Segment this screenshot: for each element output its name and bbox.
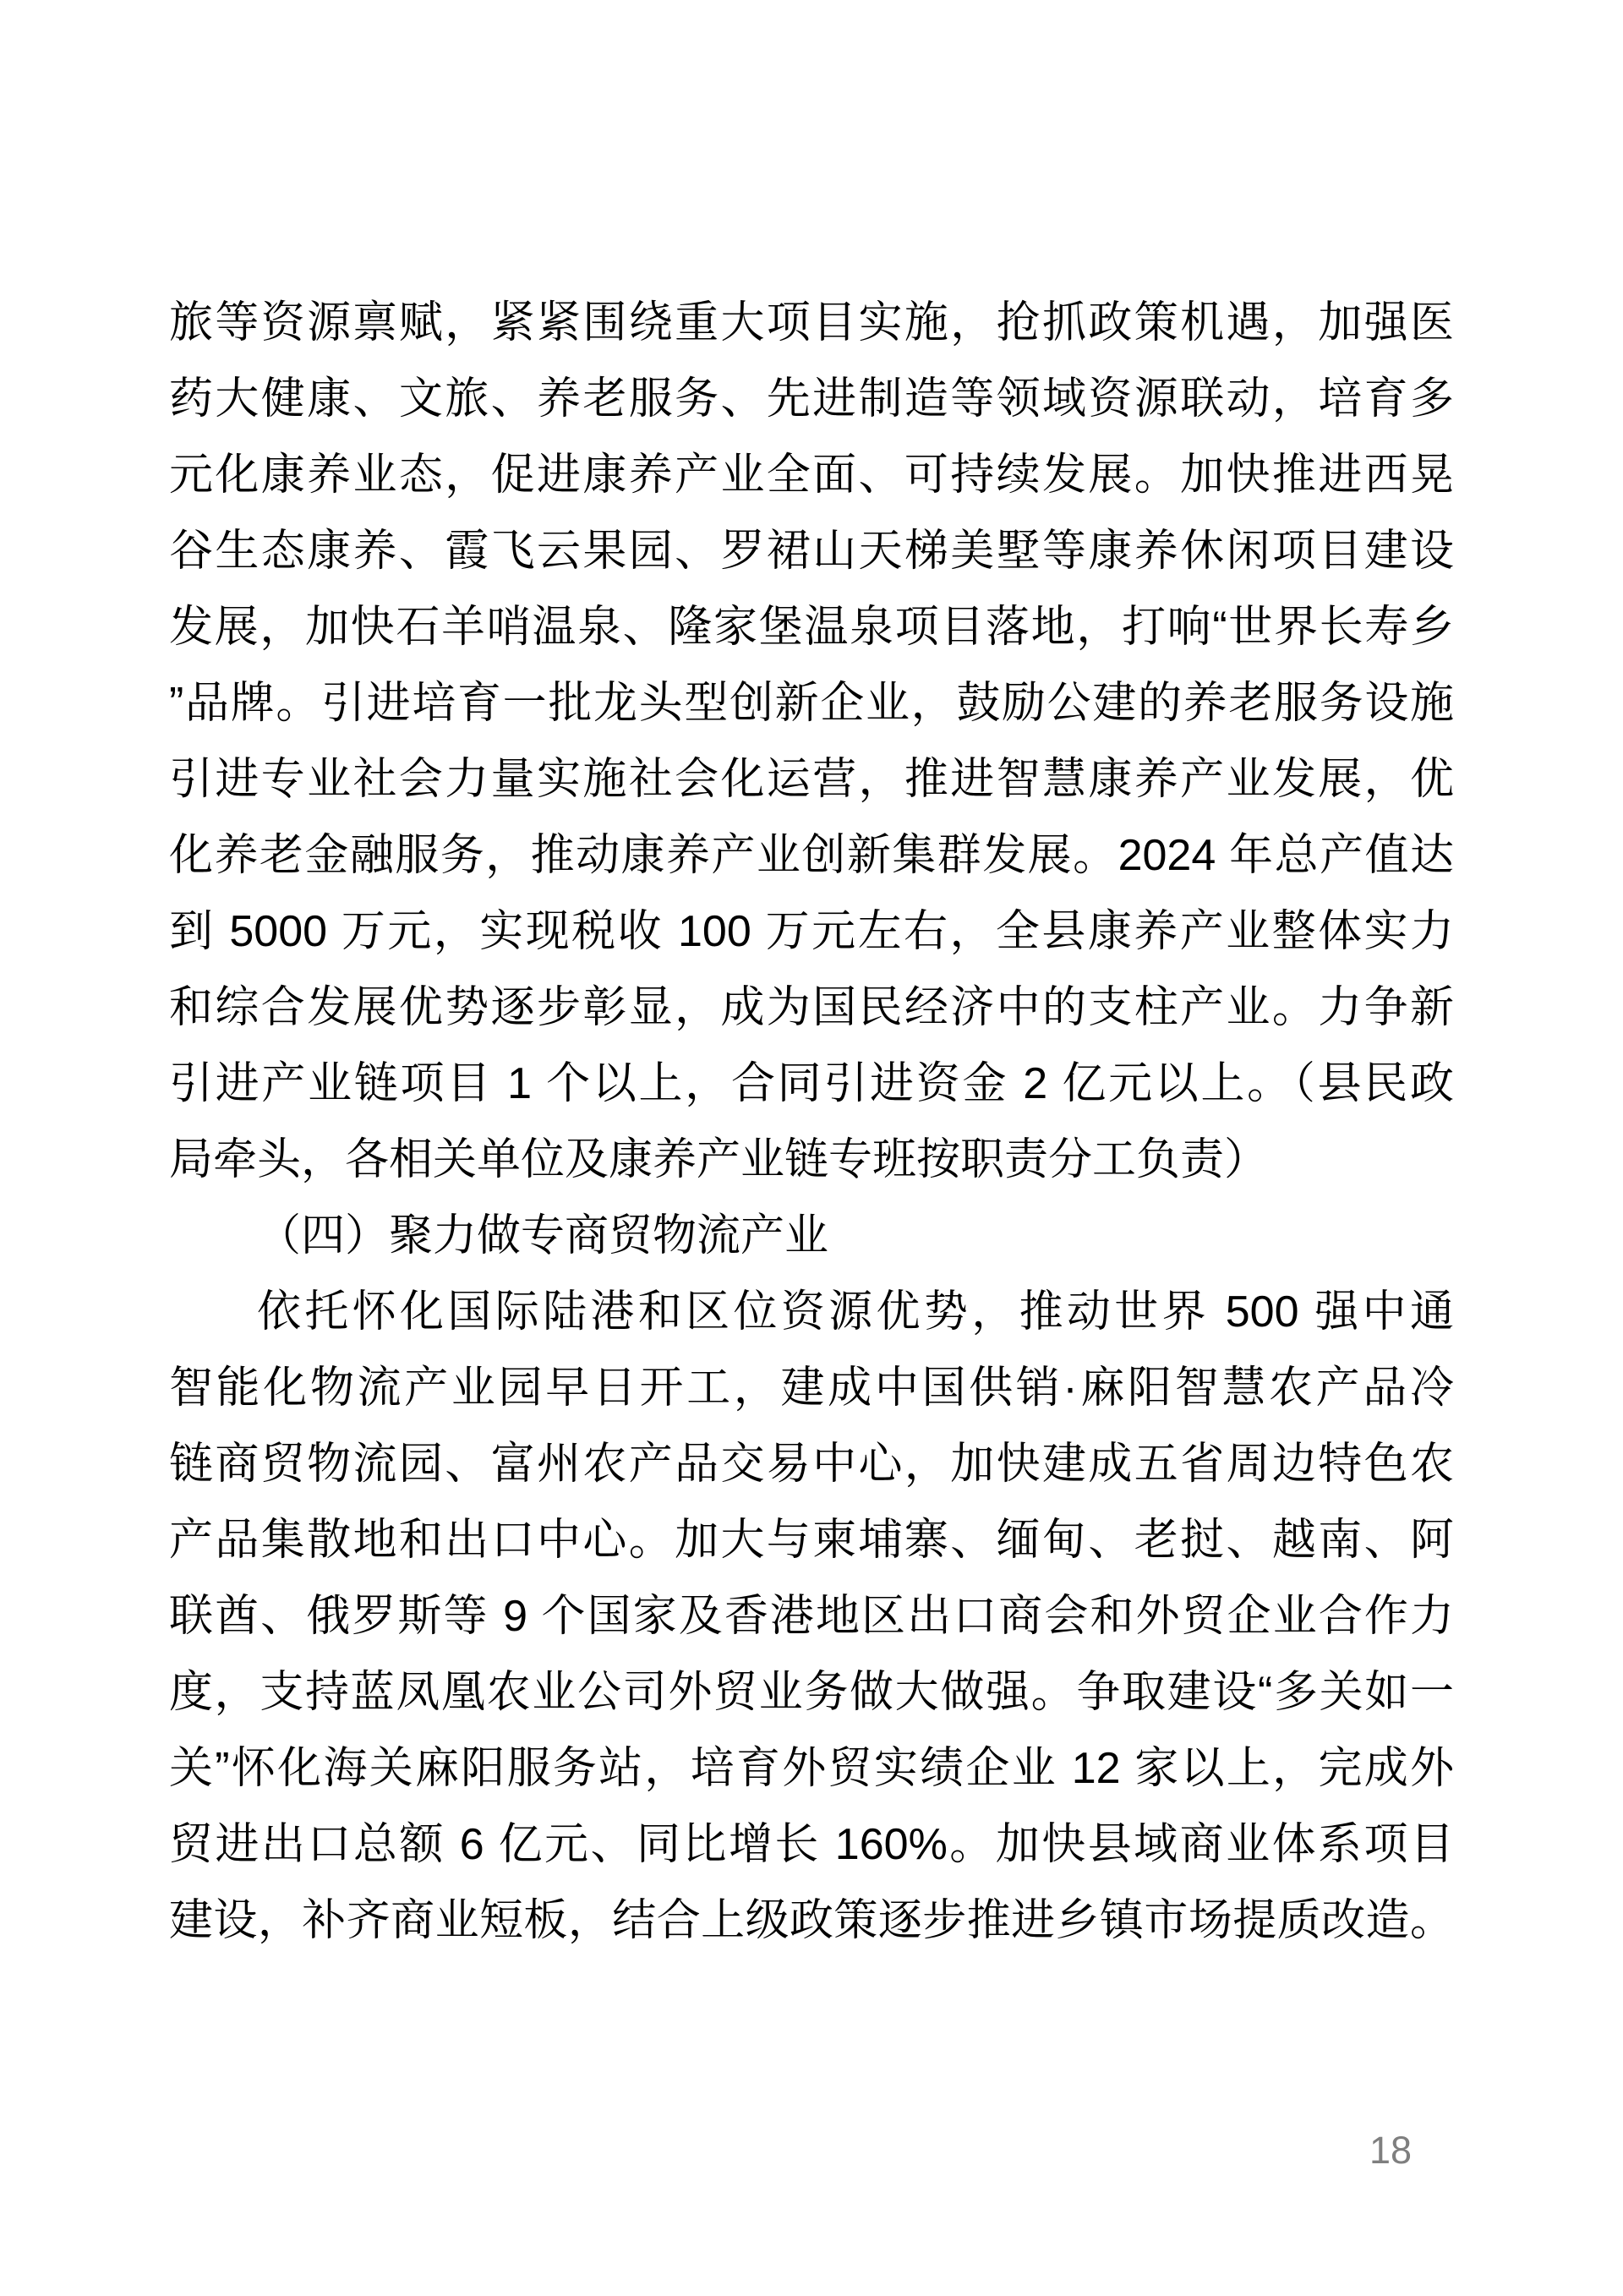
text-line: 引进产业链项目 1 个以上，合同引进资金 2 亿元以上。（县民政 (169, 1046, 1454, 1122)
text-line: 智能化物流产业园早日开工，建成中国供销·麻阳智慧农产品冷 (169, 1350, 1454, 1426)
text-line: 链商贸物流园、富州农产品交易中心，加快建成五省周边特色农 (169, 1426, 1454, 1502)
text-line: 度，支持蓝凤凰农业公司外贸业务做大做强。争取建设“多关如一 (169, 1654, 1454, 1730)
text-line: 到 5000 万元，实现税收 100 万元左右，全县康养产业整体实力 (169, 894, 1454, 970)
text-line: 旅等资源禀赋，紧紧围绕重大项目实施，抢抓政策机遇，加强医 (169, 285, 1454, 361)
text-line: 依托怀化国际陆港和区位资源优势，推动世界 500 强中通 (169, 1274, 1454, 1350)
text-line: 化养老金融服务，推动康养产业创新集群发展。2024 年总产值达 (169, 817, 1454, 894)
text-line: 建设，补齐商业短板，结合上级政策逐步推进乡镇市场提质改造。 (169, 1883, 1454, 1959)
text-line: 元化康养业态，促进康养产业全面、可持续发展。加快推进西晃 (169, 437, 1454, 513)
text-line: 贸进出口总额 6 亿元、同比增长 160%。加快县域商业体系项目 (169, 1807, 1454, 1883)
section-heading: （四）聚力做专商贸物流产业 (169, 1198, 1454, 1274)
page-number: 18 (1344, 2129, 1437, 2173)
text-content: 旅等资源禀赋，紧紧围绕重大项目实施，抢抓政策机遇，加强医 药大健康、文旅、养老服… (169, 285, 1454, 1959)
text-line: 发展，加快石羊哨温泉、隆家堡温泉项目落地，打响“世界长寿乡 (169, 589, 1454, 665)
text-line: 和综合发展优势逐步彰显，成为国民经济中的支柱产业。力争新 (169, 970, 1454, 1046)
text-line: 关”怀化海关麻阳服务站，培育外贸实绩企业 12 家以上，完成外 (169, 1730, 1454, 1807)
text-line: 产品集散地和出口中心。加大与柬埔寨、缅甸、老挝、越南、阿 (169, 1502, 1454, 1578)
paragraph-section4: 依托怀化国际陆港和区位资源优势，推动世界 500 强中通 智能化物流产业园早日开… (169, 1274, 1454, 1959)
paragraph-continuation: 旅等资源禀赋，紧紧围绕重大项目实施，抢抓政策机遇，加强医 药大健康、文旅、养老服… (169, 285, 1454, 1198)
text-line: ”品牌。引进培育一批龙头型创新企业，鼓励公建的养老服务设施 (169, 665, 1454, 741)
text-line: 谷生态康养、霞飞云果园、罗裙山天梯美墅等康养休闲项目建设 (169, 513, 1454, 589)
text-line: 药大健康、文旅、养老服务、先进制造等领域资源联动，培育多 (169, 361, 1454, 437)
document-page: 旅等资源禀赋，紧紧围绕重大项目实施，抢抓政策机遇，加强医 药大健康、文旅、养老服… (0, 0, 1623, 2296)
text-line: 联酋、俄罗斯等 9 个国家及香港地区出口商会和外贸企业合作力 (169, 1578, 1454, 1654)
text-line: 局牵头，各相关单位及康养产业链专班按职责分工负责） (169, 1122, 1454, 1198)
text-line: 引进专业社会力量实施社会化运营，推进智慧康养产业发展，优 (169, 741, 1454, 817)
